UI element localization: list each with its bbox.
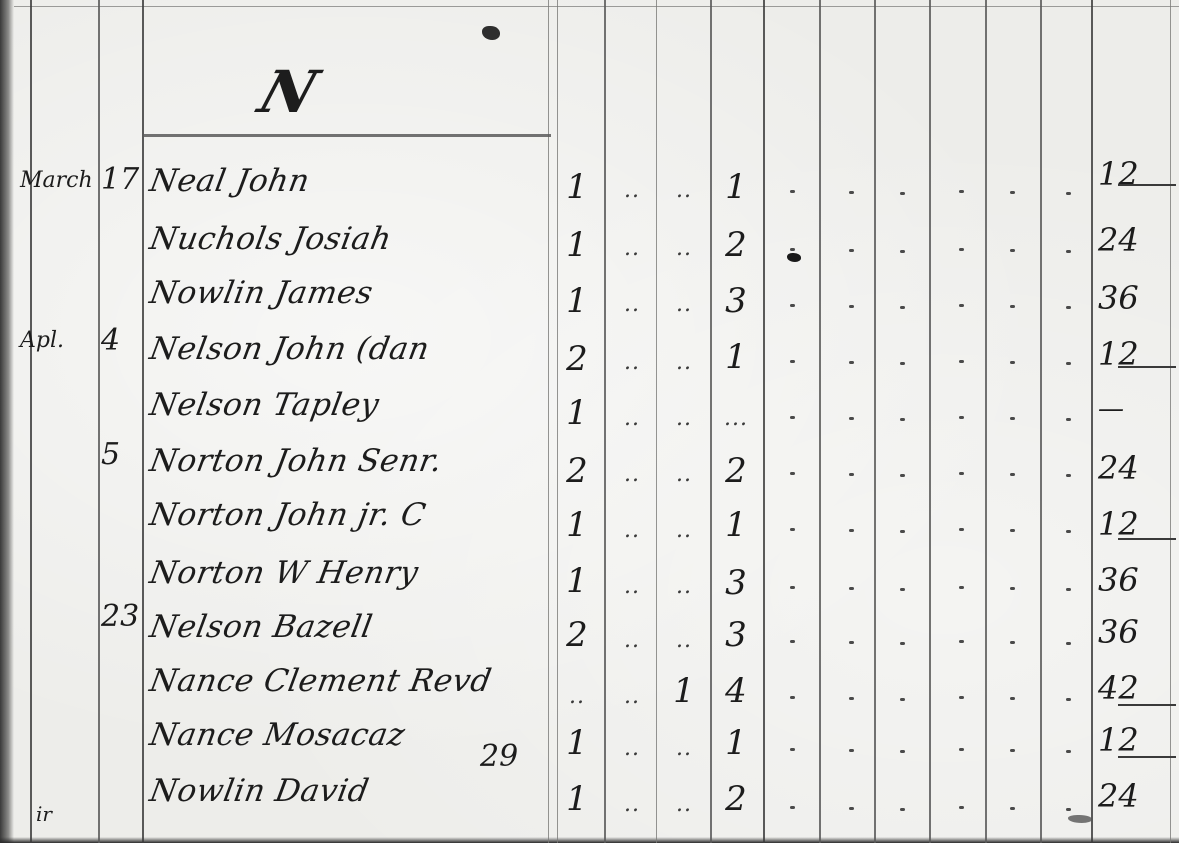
- dot-leader: [900, 250, 905, 253]
- dot-leader: [900, 418, 905, 421]
- entry-col2: ..: [612, 630, 652, 652]
- dot-leader: [959, 640, 964, 643]
- dot-leader: [790, 360, 795, 363]
- entry-col1: 1: [557, 228, 597, 262]
- dot-leader: [849, 641, 854, 644]
- dot-leader: [1066, 642, 1071, 645]
- entry-col4: 3: [716, 566, 756, 600]
- entry-col2: ..: [612, 408, 652, 430]
- dot-leader: [1010, 305, 1015, 308]
- dot-leader: [1010, 191, 1015, 194]
- dot-leader: [849, 697, 854, 700]
- dot-leader: [849, 807, 854, 810]
- dot-leader: [900, 192, 905, 195]
- entry-name: Nelson Tapley: [147, 390, 381, 421]
- entry-col3: ..: [664, 294, 704, 316]
- entry-name: Nowlin James: [147, 278, 375, 309]
- dot-leader: [790, 696, 795, 699]
- dot-leader: [959, 586, 964, 589]
- dot-leader: [959, 472, 964, 475]
- column-rule: [30, 0, 32, 843]
- dot-leader: [959, 748, 964, 751]
- entry-name: Neal John: [147, 166, 312, 197]
- dot-leader: [1010, 249, 1015, 252]
- corner-mark: ir: [36, 804, 52, 824]
- entry-col4: 3: [716, 284, 756, 318]
- dot-leader: [1066, 750, 1071, 753]
- total-underline: [1118, 184, 1176, 186]
- entry-col1: 2: [557, 342, 597, 376]
- entry-col4: 3: [716, 618, 756, 652]
- entry-total: —: [1098, 396, 1124, 422]
- dot-leader: [790, 806, 795, 809]
- dot-leader: [1066, 192, 1071, 195]
- dot-leader: [1010, 587, 1015, 590]
- dot-leader: [849, 749, 854, 752]
- page-bottom-edge: [0, 837, 1179, 843]
- entry-name: Norton John jr. C: [147, 500, 428, 531]
- entry-col2: ..: [612, 180, 652, 202]
- entry-name: Nance Clement Revd: [147, 666, 494, 697]
- entry-col3: ..: [664, 464, 704, 486]
- dot-leader: [900, 698, 905, 701]
- entry-col2: ..: [612, 686, 652, 708]
- column-rule: [819, 0, 821, 843]
- dot-leader: [959, 806, 964, 809]
- dot-leader: [1066, 588, 1071, 591]
- entry-col2: ..: [612, 238, 652, 260]
- dot-leader: [959, 416, 964, 419]
- entry-month: March: [20, 170, 93, 192]
- entry-col1: 1: [557, 396, 597, 430]
- page-left-edge: [0, 0, 14, 843]
- entry-total: 24: [1098, 780, 1139, 812]
- dot-leader: [790, 190, 795, 193]
- total-underline: [1118, 366, 1176, 368]
- entry-day: 5: [101, 440, 120, 470]
- ledger-page: N March 17 Neal John 1 .. .. 1 12 Nuchol…: [0, 0, 1179, 843]
- entry-col3: ..: [664, 520, 704, 542]
- column-rule: [710, 0, 712, 843]
- dot-leader: [790, 640, 795, 643]
- entry-col1: 1: [557, 564, 597, 598]
- dot-leader: [1010, 361, 1015, 364]
- dot-leader: [900, 588, 905, 591]
- dot-leader: [959, 360, 964, 363]
- entry-day: 4: [101, 326, 120, 356]
- entry-col2: ..: [612, 294, 652, 316]
- entry-col2: ..: [612, 520, 652, 542]
- dot-leader: [1010, 749, 1015, 752]
- dot-leader: [849, 361, 854, 364]
- column-rule: [656, 0, 657, 843]
- entry-col1: 1: [557, 508, 597, 542]
- dot-leader: [849, 417, 854, 420]
- dot-leader: [790, 586, 795, 589]
- entry-total: 42: [1098, 672, 1139, 704]
- dot-leader: [1066, 250, 1071, 253]
- dot-leader: [900, 750, 905, 753]
- entry-col3: ..: [664, 408, 704, 430]
- column-rule: [1040, 0, 1042, 843]
- entry-name: Nowlin David: [147, 776, 371, 807]
- margin-note: 29: [480, 742, 518, 772]
- column-rule: [763, 0, 765, 843]
- dot-leader: [849, 305, 854, 308]
- entry-total: 12: [1098, 724, 1139, 756]
- total-underline: [1118, 756, 1176, 758]
- entry-col3: ..: [664, 794, 704, 816]
- column-rule: [985, 0, 987, 843]
- entry-col1: 1: [557, 170, 597, 204]
- entry-col3: ..: [664, 630, 704, 652]
- dot-leader: [1010, 529, 1015, 532]
- header-underline: [143, 134, 551, 137]
- dot-leader: [790, 248, 795, 251]
- entry-col1: ..: [557, 686, 597, 708]
- entry-col3: 1: [664, 674, 704, 708]
- entry-day: 23: [101, 602, 139, 632]
- dot-leader: [959, 190, 964, 193]
- entry-name: Norton John Senr.: [147, 446, 444, 477]
- top-rule: [14, 6, 1179, 7]
- entry-col4: 1: [716, 170, 756, 204]
- entry-col4: ...: [716, 408, 756, 430]
- entry-col3: ..: [664, 180, 704, 202]
- dot-leader: [900, 362, 905, 365]
- dot-leader: [1010, 417, 1015, 420]
- dot-leader: [1066, 530, 1071, 533]
- entry-col1: 1: [557, 726, 597, 760]
- dot-leader: [959, 528, 964, 531]
- entry-col2: ..: [612, 576, 652, 598]
- dot-leader: [790, 528, 795, 531]
- entry-total: 24: [1098, 224, 1139, 256]
- entry-total: 36: [1098, 282, 1139, 314]
- entry-col1: 2: [557, 618, 597, 652]
- entry-col3: ..: [664, 238, 704, 260]
- column-rule: [98, 0, 100, 843]
- total-underline: [1118, 704, 1176, 706]
- entry-col1: 1: [557, 284, 597, 318]
- column-rule: [874, 0, 876, 843]
- entry-col1: 1: [557, 782, 597, 816]
- entry-name: Nuchols Josiah: [147, 224, 394, 255]
- column-rule: [1170, 0, 1171, 843]
- entry-col2: ..: [612, 464, 652, 486]
- ink-blot: [482, 26, 500, 40]
- column-rule: [548, 0, 549, 843]
- entry-name: Nelson John (dan: [147, 334, 432, 365]
- entry-total: 36: [1098, 564, 1139, 596]
- dot-leader: [1066, 698, 1071, 701]
- entry-month: Apl.: [20, 330, 64, 352]
- entry-name: Nance Mosacaz: [147, 720, 407, 751]
- entry-col4: 2: [716, 782, 756, 816]
- dot-leader: [900, 474, 905, 477]
- dot-leader: [1010, 807, 1015, 810]
- section-letter-heading: N: [251, 58, 326, 126]
- entry-total: 12: [1098, 508, 1139, 540]
- entry-col3: ..: [664, 576, 704, 598]
- dot-leader: [1010, 473, 1015, 476]
- entry-col2: ..: [612, 352, 652, 374]
- entry-day: 17: [101, 165, 139, 195]
- entry-col4: 1: [716, 508, 756, 542]
- dot-leader: [1066, 808, 1071, 811]
- dot-leader: [1066, 418, 1071, 421]
- entry-name: Norton W Henry: [147, 558, 420, 589]
- dot-leader: [900, 642, 905, 645]
- column-rule: [142, 0, 144, 843]
- entry-col1: 2: [557, 454, 597, 488]
- dot-leader: [1010, 697, 1015, 700]
- dot-leader: [1066, 362, 1071, 365]
- dot-leader: [790, 416, 795, 419]
- dot-leader: [959, 304, 964, 307]
- dot-leader: [790, 748, 795, 751]
- dot-leader: [790, 472, 795, 475]
- dot-leader: [849, 473, 854, 476]
- entry-col3: ..: [664, 738, 704, 760]
- entry-col4: 2: [716, 228, 756, 262]
- dot-leader: [790, 304, 795, 307]
- entry-col4: 1: [716, 340, 756, 374]
- dot-leader: [959, 248, 964, 251]
- entry-col2: ..: [612, 794, 652, 816]
- column-rule: [604, 0, 606, 843]
- dot-leader: [900, 808, 905, 811]
- column-rule: [1091, 0, 1093, 843]
- dot-leader: [849, 587, 854, 590]
- dot-leader: [849, 249, 854, 252]
- dot-leader: [849, 191, 854, 194]
- dot-leader: [900, 306, 905, 309]
- total-underline: [1118, 538, 1176, 540]
- column-rule: [929, 0, 931, 843]
- entry-col3: ..: [664, 352, 704, 374]
- entry-total: 24: [1098, 452, 1139, 484]
- entry-col2: ..: [612, 738, 652, 760]
- dot-leader: [959, 696, 964, 699]
- entry-col4: 1: [716, 726, 756, 760]
- dot-leader: [1066, 474, 1071, 477]
- ink-blot: [787, 253, 801, 262]
- dot-leader: [1066, 306, 1071, 309]
- entry-total: 36: [1098, 616, 1139, 648]
- entry-col4: 2: [716, 454, 756, 488]
- dot-leader: [900, 530, 905, 533]
- entry-col4: 4: [716, 674, 756, 708]
- dot-leader: [1010, 641, 1015, 644]
- ink-smudge: [1068, 815, 1092, 823]
- dot-leader: [849, 529, 854, 532]
- entry-name: Nelson Bazell: [147, 612, 375, 643]
